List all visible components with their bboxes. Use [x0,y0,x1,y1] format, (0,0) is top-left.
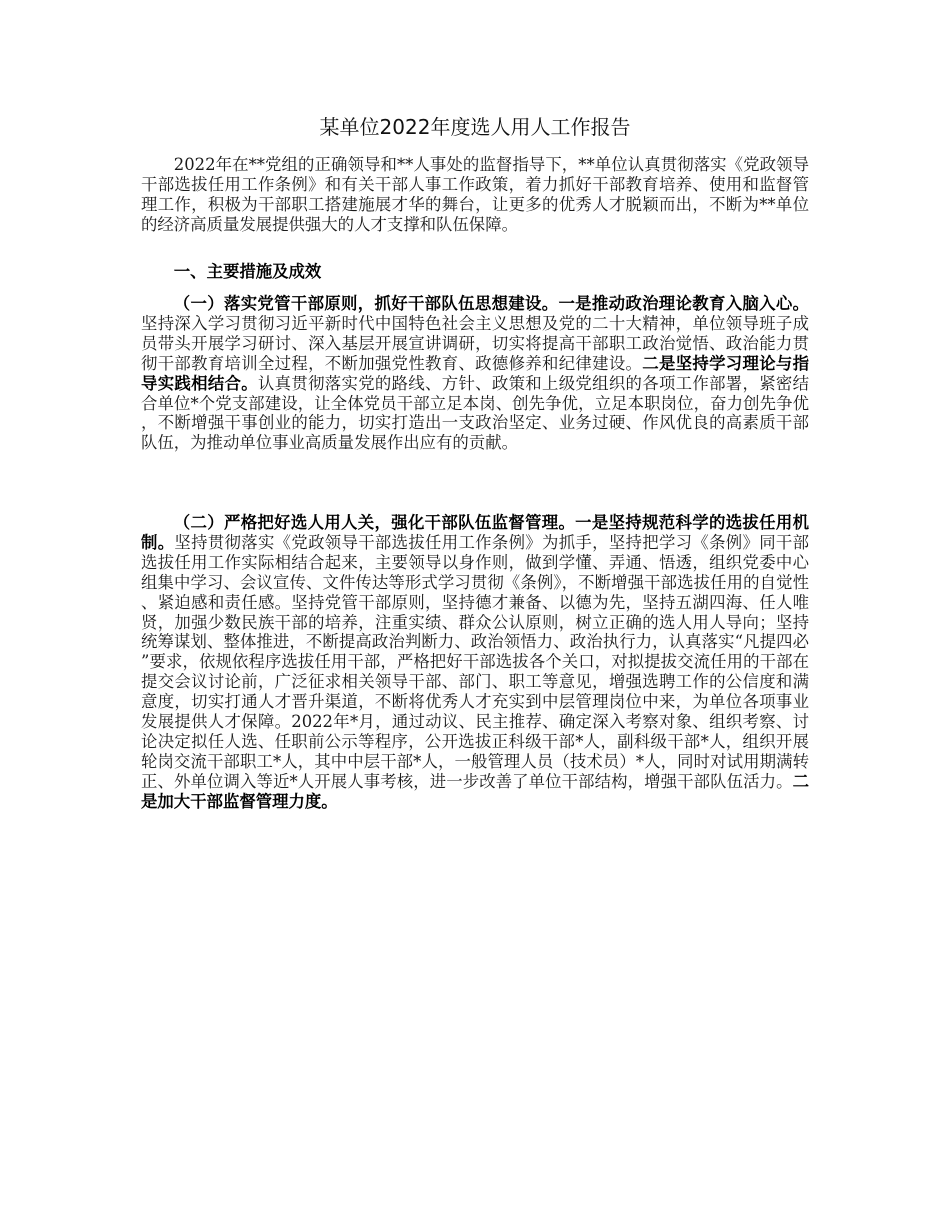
section-heading-1: 一、主要措施及成效 [141,262,809,282]
section-2-text-a: 坚持贯彻落实《党政领导干部选拔任用工作条例》为抓手，坚持把学习《条例》同干部选拔… [141,533,809,791]
heading-section: 一、主要措施及成效 [141,262,809,282]
section-1: （一）落实党管干部原则，抓好干部队伍思想建设。一是推动政治理论教育入脑入心。坚持… [141,294,809,453]
section-2: （二）严格把好选人用人关，强化干部队伍监督管理。一是坚持规范科学的选拔任用机制。… [141,513,809,812]
section-1-paragraph: （一）落实党管干部原则，抓好干部队伍思想建设。一是推动政治理论教育入脑入心。坚持… [141,294,809,453]
section-1-bold-lead: （一）落实党管干部原则，抓好干部队伍思想建设。一是推动政治理论教育入脑入心。 [174,294,809,313]
intro-section: 2022年在**党组的正确领导和**人事处的监督指导下，**单位认真贯彻落实《党… [141,155,809,235]
section-2-paragraph: （二）严格把好选人用人关，强化干部队伍监督管理。一是坚持规范科学的选拔任用机制。… [141,513,809,812]
document-page: 某单位2022年度选人用人工作报告 2022年在**党组的正确领导和**人事处的… [0,0,950,1230]
document-title: 某单位2022年度选人用人工作报告 [0,113,950,141]
intro-paragraph: 2022年在**党组的正确领导和**人事处的监督指导下，**单位认真贯彻落实《党… [141,155,809,235]
